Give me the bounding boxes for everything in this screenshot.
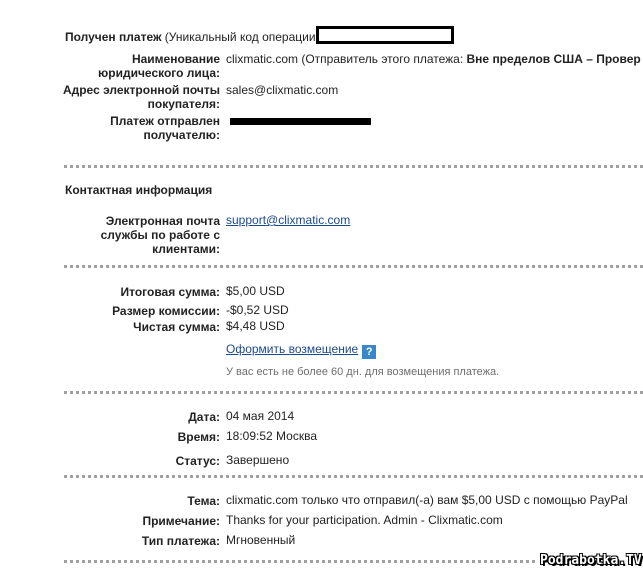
subject-label: Тема: [187,494,220,508]
divider [64,165,643,168]
time-label: Время: [178,430,220,444]
payment-title: Получен платеж (Уникальный код операции [65,26,454,44]
payment-title-bold: Получен платеж [65,30,161,44]
total-label: Итоговая сумма: [120,285,220,299]
net-value: $4,48 USD [226,319,285,333]
fee-value: -$0,52 USD [226,303,289,317]
redacted-transaction-id [316,26,454,44]
sent-to-label: Платеж отправлен получателю: [80,114,220,142]
subject-value: clixmatic.com только что отправил(-а) ва… [226,493,628,507]
divider [64,391,643,394]
redacted-recipient [230,118,371,125]
legal-name-text: clixmatic.com (Отправитель этого платежа… [226,52,467,66]
net-label: Чистая сумма: [133,320,220,334]
note-label: Примечание: [142,514,220,528]
refund-note: У вас есть не более 60 дн. для возмещени… [226,365,499,379]
payment-type-label: Тип платежа: [142,534,220,548]
legal-name-value: clixmatic.com (Отправитель этого платежа… [226,52,641,66]
fee-label: Размер комиссии: [112,304,220,318]
buyer-email-label: Адрес электронной почты покупателя: [50,83,220,111]
status-label: Статус: [176,454,220,468]
time-value: 18:09:52 Москва [226,429,317,443]
payment-type-value: Мгновенный [226,533,295,547]
status-value: Завершено [226,453,289,467]
help-icon[interactable]: ? [362,345,376,359]
total-value: $5,00 USD [226,284,285,298]
contact-header: Контактная информация [65,183,212,197]
note-value: Thanks for your participation. Admin - C… [226,513,503,527]
buyer-email-value: sales@clixmatic.com [226,83,338,97]
payment-title-rest: (Уникальный код операции [161,30,315,44]
legal-name-label: Наименование юридического лица: [60,52,220,80]
watermark: Podrabotka.TV [537,553,643,568]
divider [64,265,643,268]
refund-link[interactable]: Оформить возмещение [226,342,358,356]
divider [64,475,643,478]
sender-status: Вне пределов США – Провер [467,52,641,66]
date-value: 04 мая 2014 [226,409,294,423]
support-email-label: Электронная почта службы по работе с кли… [70,214,220,256]
date-label: Дата: [188,410,220,424]
support-email-link[interactable]: support@clixmatic.com [226,213,350,227]
